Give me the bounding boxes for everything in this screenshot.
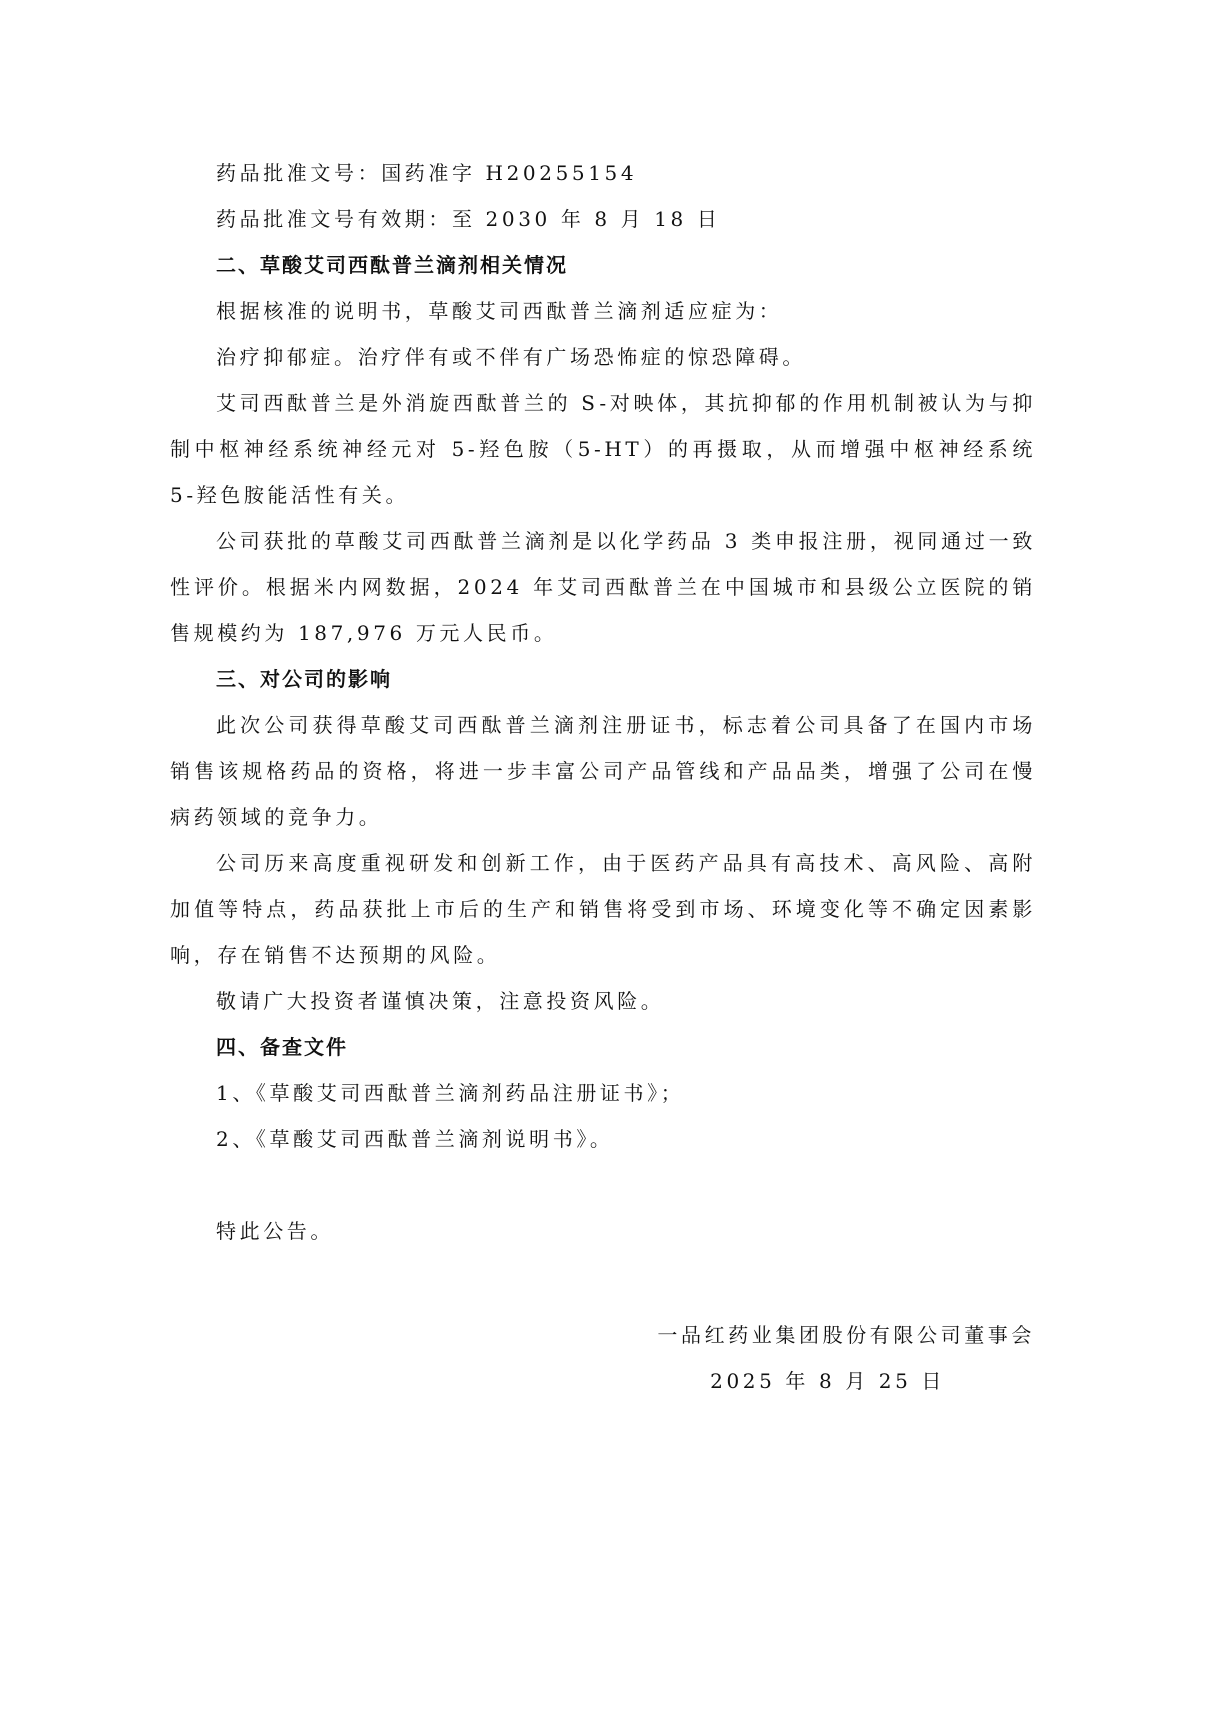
signature-block: 一品红药业集团股份有限公司董事会 2025 年 8 月 25 日: [657, 1312, 1035, 1404]
signature-date: 2025 年 8 月 25 日: [657, 1358, 1035, 1404]
section2-heading: 二、草酸艾司西酞普兰滴剂相关情况: [170, 242, 1036, 288]
document-body: 药品批准文号：国药准字 H20255154 药品批准文号有效期：至 2030 年…: [170, 150, 1036, 1254]
approval-validity: 药品批准文号有效期：至 2030 年 8 月 18 日: [170, 196, 1036, 242]
section3-paragraph-2: 公司历来高度重视研发和创新工作，由于医药产品具有高技术、高风险、高附加值等特点，…: [170, 840, 1036, 978]
spacer: [170, 1162, 1036, 1208]
section4-heading: 四、备查文件: [170, 1024, 1036, 1070]
document-page: 药品批准文号：国药准字 H20255154 药品批准文号有效期：至 2030 年…: [0, 0, 1213, 1715]
section2-paragraph-3: 艾司西酞普兰是外消旋西酞普兰的 S-对映体，其抗抑郁的作用机制被认为与抑制中枢神…: [170, 380, 1036, 518]
reference-file-2: 2、《草酸艾司西酞普兰滴剂说明书》。: [170, 1116, 1036, 1162]
section3-heading: 三、对公司的影响: [170, 656, 1036, 702]
approval-number: 药品批准文号：国药准字 H20255154: [170, 150, 1036, 196]
reference-file-1: 1、《草酸艾司西酞普兰滴剂药品注册证书》；: [170, 1070, 1036, 1116]
signature-company: 一品红药业集团股份有限公司董事会: [657, 1312, 1035, 1358]
section2-paragraph-2: 治疗抑郁症。治疗伴有或不伴有广场恐怖症的惊恐障碍。: [170, 334, 1036, 380]
section2-paragraph-1: 根据核准的说明书，草酸艾司西酞普兰滴剂适应症为：: [170, 288, 1036, 334]
section3-paragraph-1: 此次公司获得草酸艾司西酞普兰滴剂注册证书，标志着公司具备了在国内市场销售该规格药…: [170, 702, 1036, 840]
section2-paragraph-4: 公司获批的草酸艾司西酞普兰滴剂是以化学药品 3 类申报注册，视同通过一致性评价。…: [170, 518, 1036, 656]
closing-statement: 特此公告。: [170, 1208, 1036, 1254]
section3-paragraph-3: 敬请广大投资者谨慎决策，注意投资风险。: [170, 978, 1036, 1024]
